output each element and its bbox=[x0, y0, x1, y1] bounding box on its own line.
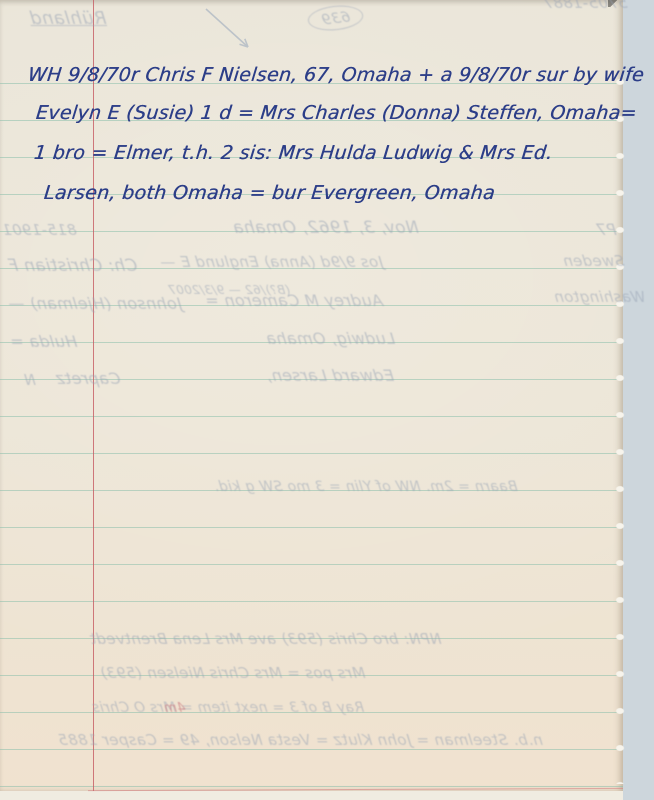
bleed-text: Mrs pos = Mrs Chris Nielsen (593) bbox=[99, 664, 366, 682]
bleed-text: Rühland bbox=[29, 8, 108, 29]
bleed-text: 815-1901 bbox=[1, 221, 78, 239]
ink-line: 1 bro = Elmer, t.h. 2 sis: Mrs Hulda Lud… bbox=[33, 142, 554, 164]
torn-edge-perforations bbox=[611, 62, 627, 784]
bleed-text: Nov, 3, 1962, Omaha bbox=[232, 218, 420, 238]
ink-line: Evelyn E (Susie) 1 d = Mrs Charles (Donn… bbox=[35, 102, 638, 124]
bleed-text: NPN: bro Chris (593) ave Mrs Lena Brentv… bbox=[89, 630, 442, 648]
next-page-edge bbox=[0, 791, 623, 800]
bleed-text: 5705-1887 bbox=[542, 0, 628, 12]
ink-line: Larsen, both Omaha = bur Evergreen, Omah… bbox=[43, 182, 496, 204]
bleed-text: Capretz bbox=[55, 369, 121, 388]
bleed-text: Edward Larsen, bbox=[265, 366, 395, 385]
bleed-text: N bbox=[23, 371, 36, 389]
bleed-text: n.b. Steelman = John Klutz = Vesta Nelso… bbox=[57, 731, 544, 749]
bleed-text: Sweden bbox=[562, 252, 625, 270]
arrow-down-right-icon bbox=[200, 6, 262, 58]
bleed-text: Ch: Christian F bbox=[7, 256, 138, 276]
bleed-text: Hulda = bbox=[9, 332, 78, 351]
bleed-text: Ray B of 3 = next item = Mrs O Chris bbox=[91, 700, 365, 716]
bleed-text: Washington bbox=[553, 288, 646, 306]
bleed-text: P7 bbox=[595, 220, 617, 239]
ink-line: WH 9/8/70r Chris F Nielsen, 67, Omaha + … bbox=[27, 64, 645, 86]
scanned-page: WH 9/8/70r Chris F Nielsen, 67, Omaha + … bbox=[0, 0, 654, 800]
bleed-text: Johnson (Hjelman) — bbox=[7, 294, 183, 313]
bleed-text: Jos 9/9d (Anna) Englund E — bbox=[159, 253, 384, 271]
bleed-text: 4m bbox=[163, 701, 186, 716]
bleed-text: Baarn = 2m. NW of Ylin = 3 mo SW g kid. bbox=[213, 479, 518, 495]
bleed-text: Audrey M Cameron = bbox=[204, 291, 384, 310]
bleed-text: Ludwig, Omaha bbox=[265, 329, 396, 348]
